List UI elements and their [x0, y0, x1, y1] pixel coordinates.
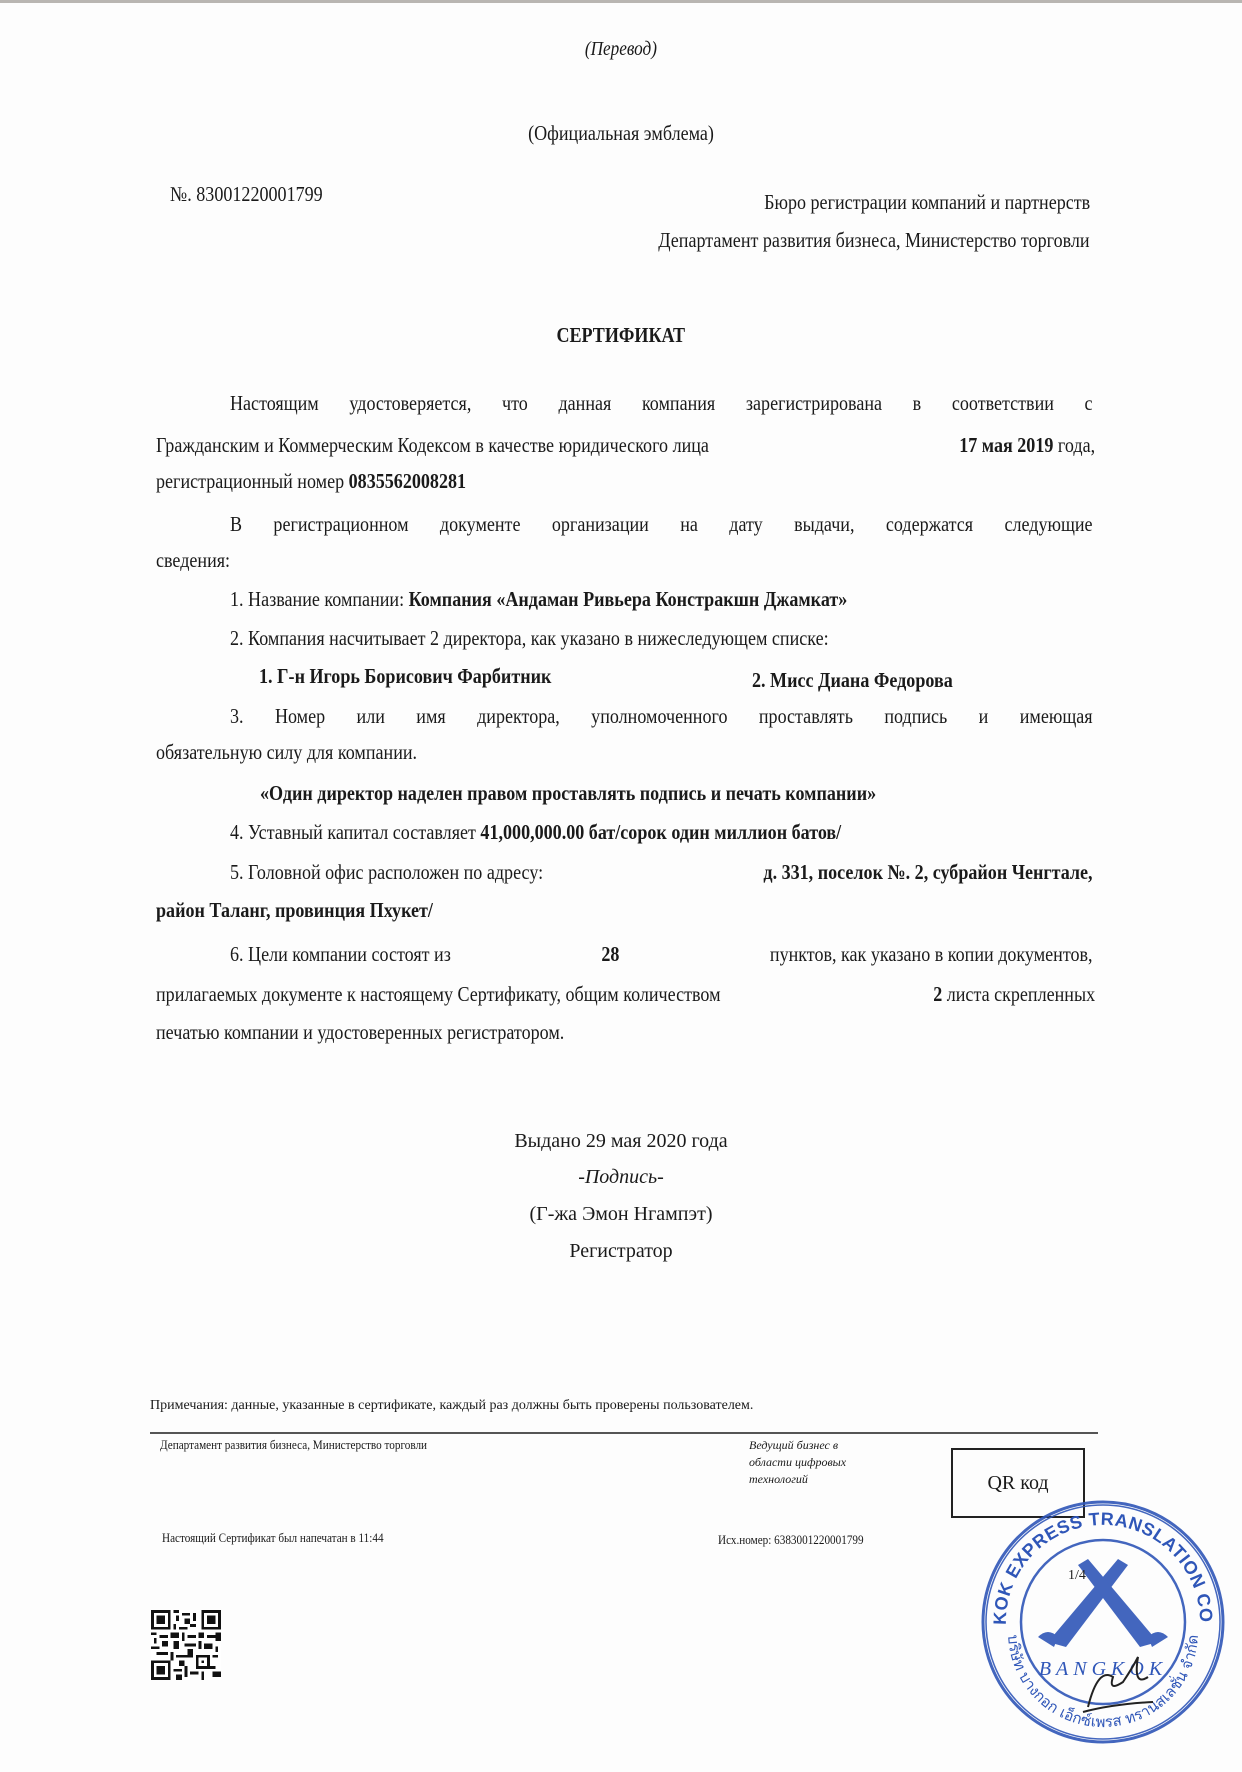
registrar-name-text: (Г-жа Эмон Нгампэт) — [529, 1203, 712, 1225]
document-number: №. 83001220001799 — [170, 182, 348, 207]
objectives-count: 28 — [601, 940, 619, 968]
translation-company-stamp-icon: ✻ BANGKOK EXPRESS TRANSLATION CO., LTD. … — [978, 1497, 1228, 1747]
bureau-name-text: Бюро регистрации компаний и партнерств — [764, 190, 1090, 215]
translation-note-text: (Перевод) — [585, 38, 657, 61]
intro-line-2-suffix: года, — [1058, 433, 1095, 457]
item-1-company-name: 1. Название компании: Компания «Андаман … — [230, 585, 948, 613]
details-intro-line-1: В регистрационном документе организации … — [230, 510, 1233, 538]
intro-line-1: Настоящим удостоверяется, что данная ком… — [230, 389, 1093, 417]
translation-note: (Перевод) — [0, 38, 1242, 61]
director-1-name: 1. Г-н Игорь Борисович Фарбитник — [259, 662, 551, 690]
item-5-address-line-1: 5. Головной офис расположен по адресу: д… — [230, 858, 1233, 886]
director-2-name: 2. Мисс Диана Федорова — [752, 666, 953, 694]
director-2: 2. Мисс Диана Федорова — [752, 666, 985, 694]
item-4-label: 4. Уставный капитал составляет — [230, 820, 476, 844]
footer-note-text: Примечания: данные, указанные в сертифик… — [150, 1398, 753, 1413]
signature-placeholder: -Подпись- — [0, 1166, 1242, 1189]
certificate-title: СЕРТИФИКАТ — [0, 323, 1242, 348]
reg-number-label: регистрационный номер — [156, 469, 344, 493]
stamp-page-number: 1/4 — [1068, 1568, 1086, 1583]
svg-text:✻ BANGKOK EXPRESS TRANSLATION: ✻ BANGKOK EXPRESS TRANSLATION CO., LTD. … — [978, 1497, 1216, 1625]
department-name-text: Департамент развития бизнеса, Министерст… — [659, 228, 1090, 253]
item-5-label: 5. Головной офис расположен по адресу: — [230, 858, 543, 886]
doc-number-prefix: №. — [170, 182, 192, 206]
qr-code-label: QR код — [987, 1472, 1048, 1495]
registration-date: 17 мая 2019 — [959, 433, 1053, 457]
doc-number-value: 83001220001799 — [196, 182, 322, 206]
item-3-line-2: обязательную силу для компании. — [156, 738, 460, 766]
outgoing-number-text: Исх.номер: 6383001220001799 — [718, 1532, 864, 1548]
intro-line-2: Гражданским и Коммерческим Кодексом в ка… — [156, 431, 1242, 459]
printed-at-text: Настоящий Сертификат был напечатан в 11:… — [162, 1530, 384, 1546]
footer-department-text: Департамент развития бизнеса, Министерст… — [160, 1437, 427, 1453]
item-1-label: 1. Название компании: — [230, 587, 404, 611]
item-6-line-3: печатью компании и удостоверенных регист… — [156, 1018, 631, 1046]
item-6-line-2: прилагаемых документе к настоящему Серти… — [156, 980, 1242, 1008]
printed-at: Настоящий Сертификат был напечатан в 11:… — [162, 1530, 420, 1546]
details-intro-line-1-text: В регистрационном документе организации … — [230, 510, 1093, 538]
emblem-note: (Официальная эмблема) — [0, 121, 1242, 146]
sheets-count: 2 — [933, 982, 942, 1006]
details-intro-line-2-text: сведения: — [156, 546, 230, 574]
item-5-address-line-2: район Таланг, провинция Пхукет/ — [156, 896, 478, 924]
item-6-line-1: 6. Цели компании состоят из 28 пунктов, … — [230, 940, 1233, 968]
slogan-line-2: области цифровых — [749, 1454, 846, 1471]
department-name: Департамент развития бизнеса, Министерст… — [588, 228, 1090, 253]
item-2-text: 2. Компания насчитывает 2 директора, как… — [230, 624, 829, 652]
page-top-edge — [0, 0, 1242, 3]
item-2-directors-count: 2. Компания насчитывает 2 директора, как… — [230, 624, 926, 652]
item-6-line-2-suffix: листа скрепленных — [947, 982, 1095, 1006]
intro-line-1-text: Настоящим удостоверяется, что данная ком… — [230, 389, 1093, 417]
signing-authority-quote-text: «Один директор наделен правом проставлят… — [260, 779, 876, 807]
stamp-top-text: ✻ BANGKOK EXPRESS TRANSLATION CO., LTD. … — [978, 1497, 1216, 1625]
item-6-line-2-text: прилагаемых документе к настоящему Серти… — [156, 980, 721, 1008]
item-6-label: 6. Цели компании состоят из — [230, 940, 451, 968]
issued-date: Выдано 29 мая 2020 года — [0, 1130, 1242, 1153]
registration-number: 0835562008281 — [349, 469, 466, 493]
intro-line-3: регистрационный номер 0835562008281 — [156, 467, 517, 495]
item-3-line-2-text: обязательную силу для компании. — [156, 738, 417, 766]
item-6-line-1-suffix: пунктов, как указано в копии документов, — [770, 940, 1093, 968]
item-3-line-1: 3. Номер или имя директора, уполномоченн… — [230, 702, 1233, 730]
item-4-capital: 4. Уставный капитал составляет 41,000,00… — [230, 818, 941, 846]
slogan-line-1: Ведущий бизнес в — [749, 1437, 846, 1454]
bureau-name: Бюро регистрации компаний и партнерств — [711, 190, 1090, 215]
certificate-title-text: СЕРТИФИКАТ — [557, 323, 686, 348]
registrar-title-text: Регистратор — [569, 1240, 672, 1262]
registrar-name: (Г-жа Эмон Нгампэт) — [0, 1203, 1242, 1226]
intro-line-2-text: Гражданским и Коммерческим Кодексом в ка… — [156, 431, 709, 459]
qr-code-icon — [151, 1610, 221, 1680]
footer-note: Примечания: данные, указанные в сертифик… — [150, 1398, 753, 1414]
registered-capital: 41,000,000.00 бат/сорок один миллион бат… — [480, 820, 841, 844]
outgoing-number: Исх.номер: 6383001220001799 — [718, 1532, 887, 1548]
head-office-address-line-1: д. 331, поселок №. 2, субрайон Ченгтале, — [763, 858, 1092, 886]
director-1: 1. Г-н Игорь Борисович Фарбитник — [259, 662, 599, 690]
signing-authority-quote: «Один директор наделен правом проставлят… — [260, 779, 976, 807]
issued-date-text: Выдано 29 мая 2020 года — [514, 1130, 727, 1152]
details-intro-line-2: сведения: — [156, 546, 242, 574]
footer-slogan: Ведущий бизнес в области цифровых технол… — [749, 1437, 846, 1488]
footer-department: Департамент развития бизнеса, Министерст… — [160, 1437, 471, 1453]
head-office-address-line-2: район Таланг, провинция Пхукет/ — [156, 896, 433, 924]
registrar-title: Регистратор — [0, 1240, 1242, 1263]
item-6-line-3-text: печатью компании и удостоверенных регист… — [156, 1018, 564, 1046]
slogan-line-3: технологий — [749, 1471, 846, 1488]
company-name: Компания «Андаман Ривьера Констракшн Джа… — [409, 587, 848, 611]
signature-text: -Подпись- — [578, 1166, 664, 1188]
footer-divider — [150, 1432, 1098, 1434]
item-3-line-1-text: 3. Номер или имя директора, уполномоченн… — [230, 702, 1093, 730]
emblem-note-text: (Официальная эмблема) — [528, 121, 714, 146]
